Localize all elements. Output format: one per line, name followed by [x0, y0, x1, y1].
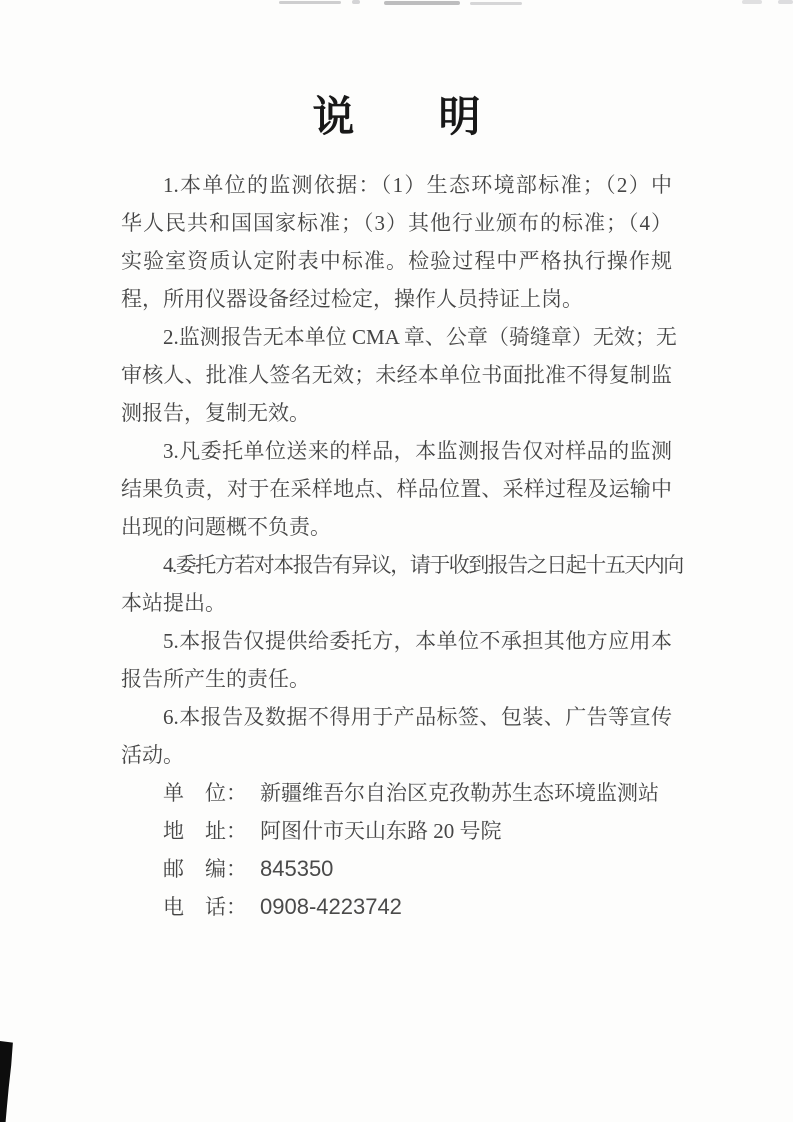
scan-artifact-bottom-left: [0, 1041, 14, 1122]
paragraph-line: 5.本报告仅提供给委托方，本单位不承担其他方应用本: [121, 622, 672, 660]
paragraph-line: 实验室资质认定附表中标准。检验过程中严格执行操作规: [121, 242, 672, 280]
contact-label: 地 址：: [163, 819, 247, 843]
contact-label: 邮 编：: [163, 857, 247, 881]
paragraph-line: 测报告，复制无效。: [121, 394, 672, 432]
contact-value: 0908-4223742: [260, 894, 402, 919]
paragraph-line: 3.凡委托单位送来的样品，本监测报告仅对样品的监测: [121, 432, 672, 470]
paragraph-line: 报告所产生的责任。: [121, 660, 672, 698]
paragraph-line: 审核人、批准人签名无效；未经本单位书面批准不得复制监: [121, 356, 672, 394]
paragraph-line: 程，所用仪器设备经过检定，操作人员持证上岗。: [121, 280, 672, 318]
document-page: 说 明 1.本单位的监测依据：（1）生态环境部标准；（2）中 华人民共和国国家标…: [0, 0, 793, 1122]
paragraph-line: 活动。: [121, 736, 672, 774]
paragraph-1: 1.本单位的监测依据：（1）生态环境部标准；（2）中 华人民共和国国家标准；（3…: [121, 166, 672, 318]
paragraph-2: 2.监测报告无本单位 CMA 章、公章（骑缝章）无效；无 审核人、批准人签名无效…: [121, 318, 672, 432]
paragraph-line: 4.委托方若对本报告有异议，请于收到报告之日起十五天内向: [121, 546, 672, 584]
paragraph-line: 1.本单位的监测依据：（1）生态环境部标准；（2）中: [121, 166, 672, 204]
contact-value: 845350: [260, 856, 333, 881]
paragraph-line: 出现的问题概不负责。: [121, 508, 672, 546]
contact-label: 电 话：: [163, 895, 247, 919]
paragraph-4: 4.委托方若对本报告有异议，请于收到报告之日起十五天内向 本站提出。: [121, 546, 672, 622]
contact-block: 单 位：新疆维吾尔自治区克孜勒苏生态环境监测站 地 址：阿图什市天山东路 20 …: [121, 774, 672, 926]
paragraph-5: 5.本报告仅提供给委托方，本单位不承担其他方应用本 报告所产生的责任。: [121, 622, 672, 698]
contact-label: 单 位：: [163, 781, 247, 805]
paragraph-line: 结果负责，对于在采样地点、样品位置、采样过程及运输中: [121, 470, 672, 508]
paragraph-6: 6.本报告及数据不得用于产品标签、包装、广告等宣传 活动。: [121, 698, 672, 774]
notes-body: 1.本单位的监测依据：（1）生态环境部标准；（2）中 华人民共和国国家标准；（3…: [121, 166, 672, 926]
paragraph-3: 3.凡委托单位送来的样品，本监测报告仅对样品的监测 结果负责，对于在采样地点、样…: [121, 432, 672, 546]
contact-value: 阿图什市天山东路 20 号院: [260, 819, 502, 843]
contact-row-unit: 单 位：新疆维吾尔自治区克孜勒苏生态环境监测站: [121, 774, 672, 812]
paragraph-line: 2.监测报告无本单位 CMA 章、公章（骑缝章）无效；无: [121, 318, 672, 356]
contact-row-address: 地 址：阿图什市天山东路 20 号院: [121, 812, 672, 850]
contact-row-postcode: 邮 编：845350: [121, 850, 672, 888]
page-title: 说 明: [0, 91, 793, 143]
paragraph-line: 本站提出。: [121, 584, 672, 622]
paragraph-line: 华人民共和国国家标准；（3）其他行业颁布的标准；（4）: [121, 204, 672, 242]
contact-row-phone: 电 话：0908-4223742: [121, 888, 672, 926]
contact-value: 新疆维吾尔自治区克孜勒苏生态环境监测站: [260, 781, 659, 805]
paragraph-line: 6.本报告及数据不得用于产品标签、包装、广告等宣传: [121, 698, 672, 736]
